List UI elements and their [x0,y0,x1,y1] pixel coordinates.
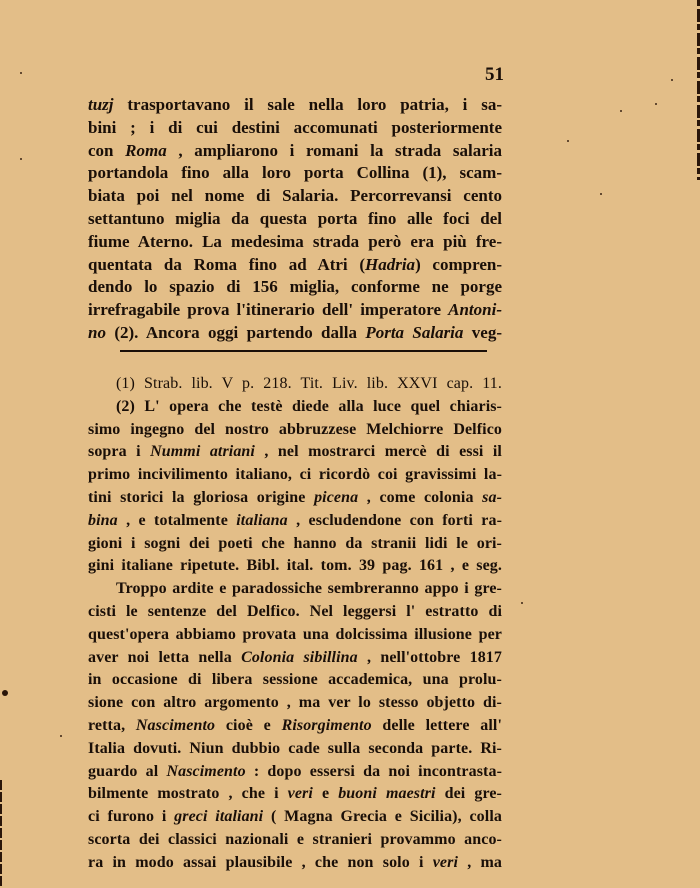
paper-speck [521,602,523,604]
body-text-line: biata poi nel nome di Salaria. Percorrev… [88,185,502,208]
text-span: biata poi nel nome di Salaria. Percorrev… [88,186,502,205]
text-span: bini ; i di cui destini accomunati poste… [88,118,502,137]
paper-speck [567,140,569,142]
italic-text-span: Nummi atriani [150,443,255,460]
footnote-line: guardo al Nascimento : dopo essersi da n… [88,761,502,784]
footnote-line: tini storici la gloriosa origine picena … [88,487,502,510]
body-text-line: no (2). Ancora oggi partendo dalla Porta… [88,322,502,345]
footnote-line: sione con altro argomento , ma ver lo st… [88,692,502,715]
text-span: : dopo essersi da noi incontrasta- [246,763,502,780]
footnote-line: cisti le sentenze del Delfico. Nel legge… [88,601,502,624]
text-span: (1) Strab. lib. V p. 218. Tit. Liv. lib.… [116,375,502,392]
text-span: dei gre- [436,785,502,802]
text-span: portandola fino alla loro porta Collina … [88,163,502,182]
body-text-line: tuzj trasportavano il sale nella loro pa… [88,94,502,117]
text-span: , ma [458,854,502,871]
text-span: simo ingegno del nostro abbruzzese Melch… [88,421,502,438]
footnote-line: Italia dovuti. Niun dubbio cade sulla se… [88,738,502,761]
text-span: fiume Aterno. La medesima strada però er… [88,232,502,251]
footnote-line: simo ingegno del nostro abbruzzese Melch… [88,419,502,442]
italic-text-span: Antoni- [448,300,502,319]
text-span: primo incivilimento italiano, ci ricordò… [88,466,502,483]
footnote-line: ra in modo assai plausibile , che non so… [88,852,502,875]
text-span: ra in modo assai plausibile , che non so… [88,854,433,871]
footnotes-block: (1) Strab. lib. V p. 218. Tit. Liv. lib.… [88,373,502,875]
page-number: 51 [485,64,504,86]
body-text-line: con Roma , ampliarono i romani la strada… [88,140,502,163]
text-span: cisti le sentenze del Delfico. Nel legge… [88,603,502,620]
body-text-line: fiume Aterno. La medesima strada però er… [88,231,502,254]
text-span: guardo al [88,763,166,780]
footnote-line: bina , e totalmente italiana , escludend… [88,510,502,533]
text-span: , ampliarono i romani la strada salaria [167,141,502,160]
body-text-line: irrefragabile prova l'itinerario dell' i… [88,299,502,322]
text-span: ) compren- [415,255,502,274]
paper-speck [600,193,602,195]
footnote-line: (1) Strab. lib. V p. 218. Tit. Liv. lib.… [88,373,502,396]
paper-speck [60,735,62,737]
footnote-line: retta, Nascimento cioè e Risorgimento de… [88,715,502,738]
text-span: dendo lo spazio di 156 miglia, conforme … [88,277,502,296]
text-span: aver noi letta nella [88,649,241,666]
italic-text-span: Nascimento [166,763,245,780]
text-span: tini storici la gloriosa origine [88,489,314,506]
italic-text-span: veri [288,785,313,802]
text-span: gini italiane ripetute. Bibl. ital. tom.… [88,557,502,574]
body-text-line: settantuno miglia da questa porta fino a… [88,208,502,231]
footnote-separator-rule [120,350,487,352]
text-span: settantuno miglia da questa porta fino a… [88,209,502,228]
body-text-line: dendo lo spazio di 156 miglia, conforme … [88,276,502,299]
footnote-line: sopra i Nummi atriani , nel mostrarci me… [88,441,502,464]
italic-text-span: Colonia sibillina [241,649,358,666]
italic-text-span: Roma [125,141,167,160]
text-span: cioè e [215,717,281,734]
body-text-line: quentata da Roma fino ad Atri (Hadria) c… [88,254,502,277]
italic-text-span: Porta Salaria [365,323,463,342]
text-span: gioni i sogni dei poeti che hanno da str… [88,535,502,552]
italic-text-span: veri [433,854,458,871]
italic-text-span: buoni maestri [338,785,435,802]
text-span: e [313,785,338,802]
text-span: quest'opera abbiamo provata una dolcissi… [88,626,502,643]
text-span: delle lettere all' [372,717,502,734]
italic-text-span: greci italiani [174,808,263,825]
footnote-line: aver noi letta nella Colonia sibillina ,… [88,647,502,670]
text-span: , nell'ottobre 1817 [358,649,502,666]
italic-text-span: italiana [236,512,287,529]
text-span: bilmente mostrato , che i [88,785,288,802]
text-span: scorta dei classici nazionali e stranier… [88,831,502,848]
paper-speck [20,72,22,74]
italic-text-span: tuzj [88,95,114,114]
italic-text-span: bina [88,512,118,529]
italic-text-span: no [88,323,106,342]
footnote-line: scorta dei classici nazionali e stranier… [88,829,502,852]
page-edge-left [0,780,2,888]
italic-text-span: Nascimento [136,717,215,734]
text-span: quentata da Roma fino ad Atri ( [88,255,365,274]
body-text-line: portandola fino alla loro porta Collina … [88,162,502,185]
text-span: in occasione di libera sessione accademi… [88,671,502,688]
text-span: sione con altro argomento , ma ver lo st… [88,694,502,711]
footnote-line: gini italiane ripetute. Bibl. ital. tom.… [88,555,502,578]
paper-speck [20,158,22,160]
italic-text-span: sa- [482,489,502,506]
footnote-line: (2) L' opera che testè diede alla luce q… [88,396,502,419]
text-span: ci furono i [88,808,174,825]
text-span: , escludendone con forti ra- [288,512,502,529]
text-span: ( Magna Grecia e Sicilia), colla [263,808,502,825]
text-span: , e totalmente [118,512,237,529]
text-span: veg- [463,323,502,342]
paper-speck [671,79,673,81]
text-span: , come colonia [358,489,482,506]
text-span: Troppo ardite e paradossiche sembreranno… [116,580,502,597]
main-body-text: tuzj trasportavano il sale nella loro pa… [88,94,502,345]
paper-speck [620,110,622,112]
text-span: (2) L' opera che testè diede alla luce q… [116,398,502,415]
text-span: (2). Ancora oggi partendo dalla [106,323,365,342]
scanned-book-page: 51 tuzj trasportavano il sale nella loro… [0,0,700,888]
footnote-line: bilmente mostrato , che i veri e buoni m… [88,783,502,806]
footnote-line: gioni i sogni dei poeti che hanno da str… [88,533,502,556]
footnote-line: quest'opera abbiamo provata una dolcissi… [88,624,502,647]
ink-blot [2,690,8,696]
footnote-line: in occasione di libera sessione accademi… [88,669,502,692]
text-span: Italia dovuti. Niun dubbio cade sulla se… [88,740,502,757]
footnote-line: ci furono i greci italiani ( Magna Greci… [88,806,502,829]
italic-text-span: Hadria [365,255,415,274]
text-span: sopra i [88,443,150,460]
text-span: con [88,141,125,160]
text-span: trasportavano il sale nella loro patria,… [114,95,502,114]
paper-speck [655,103,657,105]
footnote-line: Troppo ardite e paradossiche sembreranno… [88,578,502,601]
italic-text-span: picena [314,489,358,506]
body-text-line: bini ; i di cui destini accomunati poste… [88,117,502,140]
text-span: , nel mostrarci mercè di essi il [255,443,502,460]
italic-text-span: Risorgimento [282,717,372,734]
text-span: retta, [88,717,136,734]
footnote-line: primo incivilimento italiano, ci ricordò… [88,464,502,487]
text-span: irrefragabile prova l'itinerario dell' i… [88,300,448,319]
